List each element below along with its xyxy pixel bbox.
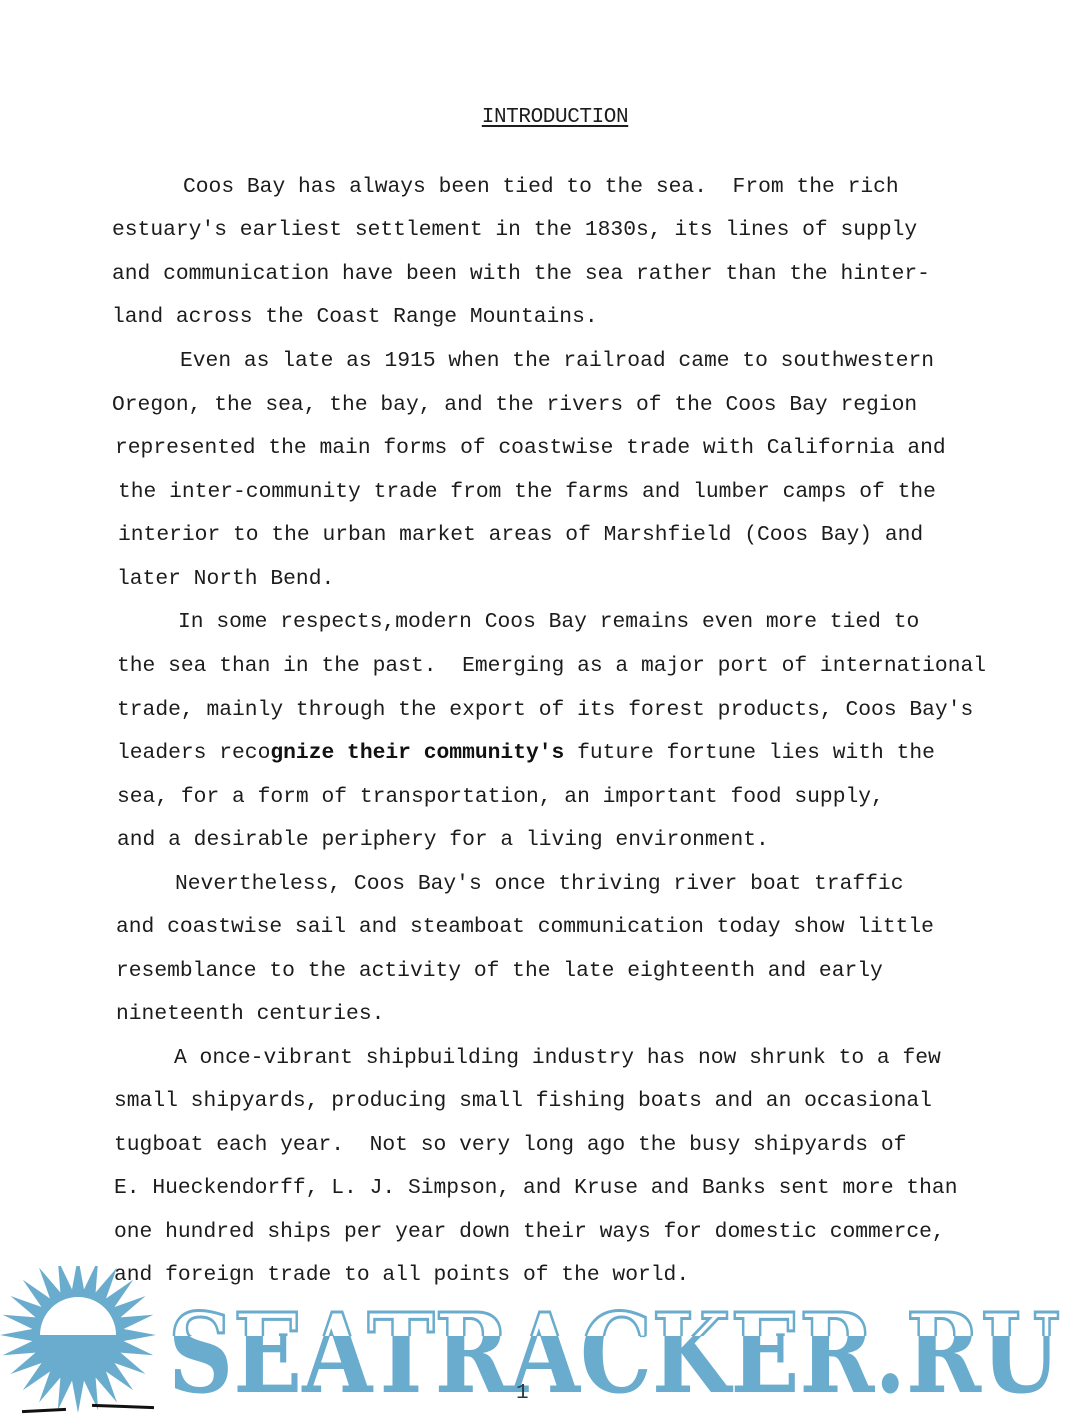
sun-over-sea-icon [0,1266,156,1413]
line-text-before-bold: leaders reco [117,741,270,765]
paragraph-2-line-5: interior to the urban market areas of Ma… [118,522,923,548]
page-title: INTRODUCTION [0,106,1080,129]
paragraph-3-line-1: In some respects,modern Coos Bay remains… [178,609,919,635]
scan-mark [92,1404,154,1409]
paragraph-5-line-6: and foreign trade to all points of the w… [114,1262,689,1288]
paragraph-4-line-2: and coastwise sail and steamboat communi… [116,914,934,940]
paragraph-2-line-4: the inter-community trade from the farms… [118,479,936,505]
scan-mark [22,1408,66,1413]
watermark: SEATRACKER.RU SEATRACKER.RU [0,1266,1080,1425]
line-text-after-bold: future fortune lies with the [564,741,935,765]
paragraph-4-line-3: resemblance to the activity of the late … [116,958,883,984]
paragraph-5-line-3: tugboat each year. Not so very long ago … [114,1132,906,1158]
svg-text:SEATRACKER.RU: SEATRACKER.RU [168,1289,1060,1418]
paragraph-3-line-6: and a desirable periphery for a living e… [117,827,769,853]
paragraph-1-line-2: estuary's earliest settlement in the 183… [112,217,917,243]
paragraph-2-line-1: Even as late as 1915 when the railroad c… [180,348,934,374]
paragraph-5-line-5: one hundred ships per year down their wa… [114,1219,945,1245]
paragraph-1-line-1: Coos Bay has always been tied to the sea… [183,174,899,200]
watermark-text: SEATRACKER.RU SEATRACKER.RU [168,1289,1060,1418]
paragraph-3-line-4: leaders recognize their community's futu… [117,740,935,766]
paragraph-5-line-1: A once-vibrant shipbuilding industry has… [174,1045,941,1071]
paragraph-1-line-4: land across the Coast Range Mountains. [112,304,598,330]
paragraph-4-line-1: Nevertheless, Coos Bay's once thriving r… [175,871,903,897]
paragraph-5-line-2: small shipyards, producing small fishing… [114,1088,932,1114]
paragraph-4-line-4: nineteenth centuries. [116,1001,384,1027]
paragraph-2-line-3: represented the main forms of coastwise … [115,435,946,461]
page-number: 1 [516,1382,529,1405]
bold-text-fragment: gnize their community's [270,741,564,765]
paragraph-2-line-6: later North Bend. [117,566,334,592]
paragraph-5-line-4: E. Hueckendorff, L. J. Simpson, and Krus… [114,1175,958,1201]
paragraph-3-line-2: the sea than in the past. Emerging as a … [117,653,986,679]
paragraph-3-line-3: trade, mainly through the export of its … [117,697,973,723]
document-page: INTRODUCTION Coos Bay has always been ti… [0,0,1080,1425]
paragraph-3-line-5: sea, for a form of transportation, an im… [117,784,884,810]
paragraph-1-line-3: and communication have been with the sea… [112,261,930,287]
svg-text:SEATRACKER.RU: SEATRACKER.RU [168,1289,1060,1418]
paragraph-2-line-2: Oregon, the sea, the bay, and the rivers… [112,392,917,418]
